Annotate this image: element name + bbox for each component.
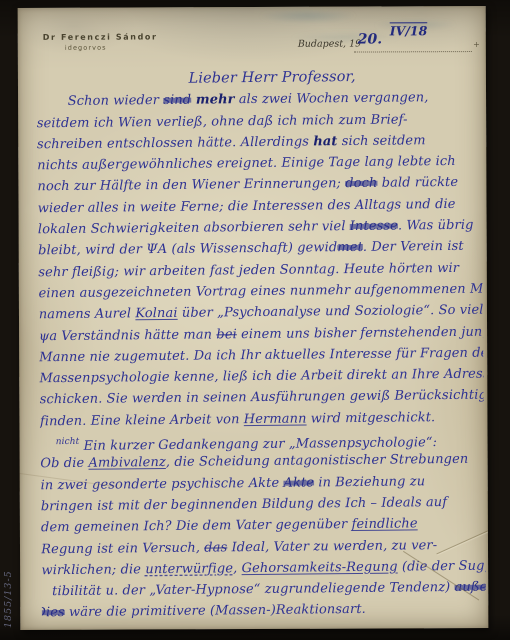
text-segment-udash: unterwürfige — [145, 561, 233, 577]
text-segment: (die der Sugges- — [398, 558, 486, 574]
text-segment-u: Hermann — [244, 411, 307, 427]
text-segment: noch zur Hälfte in den Wiener Erinnerung… — [37, 177, 345, 195]
letterhead-title: idegorvos — [65, 43, 158, 51]
dateline-year-handwritten: 20. — [358, 31, 382, 47]
text-segment: Ob die — [40, 456, 88, 472]
archive-number: 1855/13-5 — [3, 523, 14, 628]
text-segment: als zwei Wochen vergangen, — [234, 90, 428, 107]
text-segment: , — [233, 561, 242, 576]
text-segment: finden. Eine kleine Arbeit von — [40, 412, 244, 429]
letterhead: Dr Ferenczi Sándor idegorvos — [43, 32, 158, 52]
letter-body: Lieber Herr Professor,Schon wieder sind … — [36, 66, 486, 624]
text-segment: in zwei gesonderte psychische Akte — [40, 475, 283, 493]
text-segment-dark: mehr — [191, 93, 235, 108]
text-segment-u: Ambivalenz — [88, 455, 166, 471]
text-segment: schicken. Sie werden in seinen Ausführun… — [40, 387, 484, 408]
text-segment: . Der Verein ist — [363, 239, 464, 255]
text-segment: bleibt, wird der ΨA (als Wissenschaft) g… — [38, 241, 337, 259]
text-segment: Lieber Herr Professor, — [188, 69, 355, 87]
text-segment: wieder alles in weite Ferne; die Interes… — [38, 197, 456, 216]
text-segment: bald rückte — [377, 175, 458, 191]
letterhead-name: Dr Ferenczi Sándor — [43, 32, 158, 42]
text-segment: bringen ist mit der beginnenden Bildung … — [41, 495, 447, 514]
text-segment: wäre die primitivere (Massen-)Reaktionsa… — [65, 602, 366, 620]
text-segment-scribble: außerd. — [454, 580, 485, 596]
text-segment-scribble: sind — [163, 93, 191, 108]
text-segment: ψa Verständnis hätte man — [39, 327, 216, 344]
text-segment: Schon wieder — [68, 93, 164, 109]
text-segment-scribble: Dies — [42, 605, 65, 620]
text-segment: lokalen Schwierigkeiten absorbieren sehr… — [38, 219, 350, 237]
text-segment: namens Aurel — [39, 307, 136, 323]
text-segment: Ideal, Vater zu werden, zu ver- — [227, 538, 437, 555]
text-segment: wird mitgeschickt. — [306, 410, 435, 426]
dateline-dotted-rule — [354, 51, 472, 53]
text-segment: einem uns bisher fernstehenden jungen — [237, 324, 483, 342]
dateline-end-mark: + — [473, 40, 480, 49]
text-segment-u: Gehorsamkeits-Regung — [241, 559, 397, 576]
text-segment: schreiben entschlossen hätte. Allerdings — [37, 134, 313, 152]
text-segment: Massenpsychologie kenne, ließ ich die Ar… — [39, 367, 483, 387]
text-segment: seitdem ich Wien verließ, ohne daß ich m… — [37, 112, 408, 131]
text-segment-scribble: Intesse — [350, 219, 398, 235]
text-segment: nichts außergewöhnliches ereignet. Einig… — [37, 154, 456, 173]
text-segment: , die Scheidung antagonistischer Strebun… — [166, 452, 469, 470]
text-segment-u: Kolnai — [135, 306, 177, 321]
text-segment: über „Psychoanalyse und Soziologie“. So … — [178, 303, 483, 321]
text-segment: wirklichen; die — [41, 562, 145, 578]
text-segment: sich seitdem — [337, 133, 425, 149]
text-segment: sehr fleißig; wir arbeiten fast jeden So… — [38, 261, 459, 280]
text-segment: einen ausgezeichneten Vortrag eines nunm… — [38, 281, 482, 301]
text-segment-scribble: Akte — [283, 475, 314, 490]
text-segment-scribble: met — [337, 240, 363, 255]
text-segment: dem gemeinen Ich? Die dem Vater gegenübe… — [41, 517, 352, 535]
text-segment-strike: das — [204, 540, 227, 555]
text-segment: Manne nie zugemutet. Da ich Ihr aktuelle… — [39, 345, 483, 365]
text-segment-u: feindliche — [351, 517, 417, 533]
dateline-day-handwritten: IV/18 — [390, 23, 428, 38]
text-segment: in Beziehung zu — [314, 474, 425, 490]
letter-line: Dies wäre die primitivere (Massen-)Reakt… — [42, 598, 486, 624]
text-segment: tibilität u. der „Vater-Hypnose“ zugrund… — [52, 580, 455, 599]
dateline: IV/18 Budapest, 19 20. + — [298, 20, 476, 55]
text-segment: Regung ist ein Versuch, — [41, 540, 204, 557]
text-segment-dark: hat — [313, 134, 337, 149]
text-segment-sup: nicht — [56, 437, 80, 447]
letter-paper: Dr Ferenczi Sándor idegorvos IV/18 Budap… — [18, 6, 489, 630]
text-segment-scribble: doch — [345, 176, 377, 191]
dateline-printed: Budapest, 19 — [298, 39, 361, 50]
text-segment: . Was übrig — [398, 218, 474, 234]
text-segment-strike: bei — [216, 327, 237, 342]
